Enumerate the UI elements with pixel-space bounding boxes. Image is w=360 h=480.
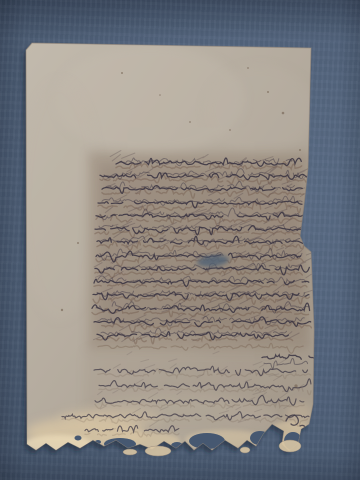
- paper-hole: [75, 436, 82, 441]
- manuscript-page: [0, 0, 360, 480]
- paper-fragment: [279, 440, 301, 452]
- paper-fragment: [240, 447, 250, 453]
- photo-background: [0, 0, 360, 480]
- paper-fragment: [123, 449, 137, 455]
- paper-fragment: [145, 446, 171, 456]
- paper-hole: [250, 431, 270, 445]
